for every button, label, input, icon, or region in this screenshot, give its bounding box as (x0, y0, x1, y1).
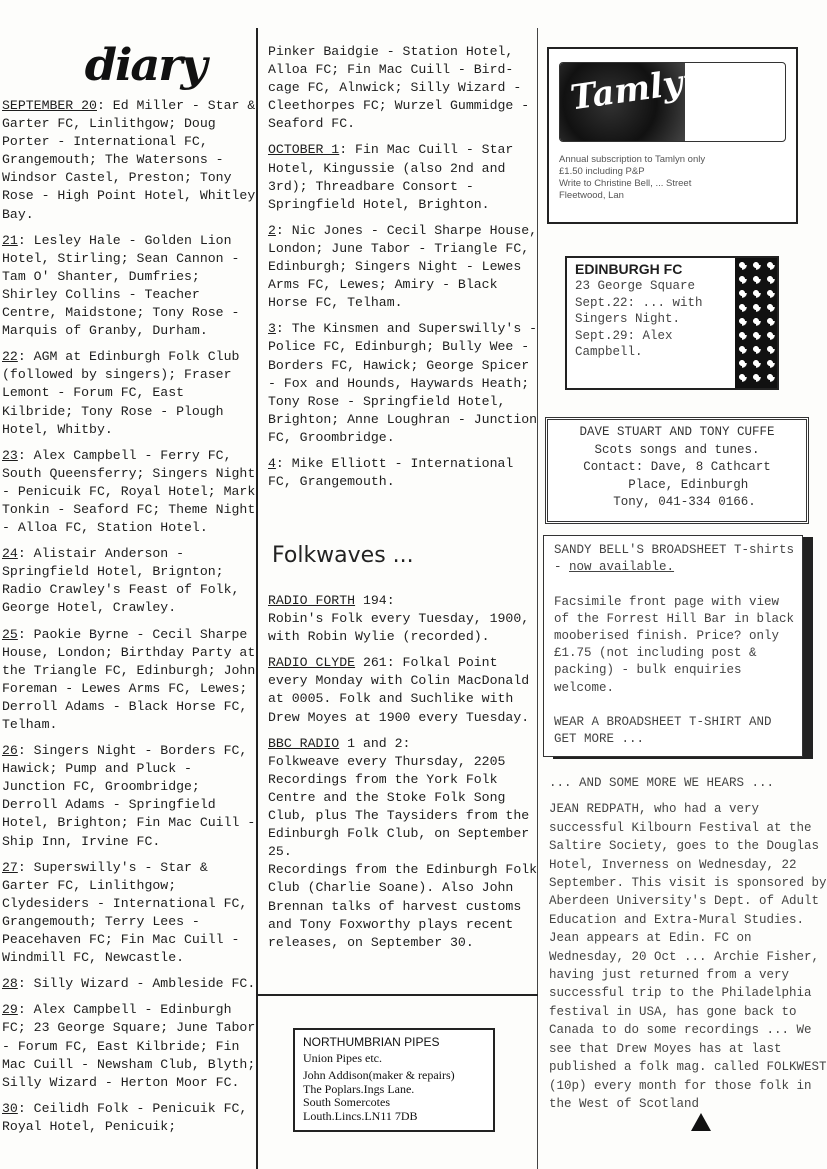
diary-entry: 26: Singers Night - Borders FC, Hawick; … (2, 742, 258, 851)
tamlyn-line: Fleetwood, Lan (559, 190, 787, 202)
entry-text: : Silly Wizard - Ambleside FC. (18, 976, 255, 991)
diary-entry: 24: Alistair Anderson - Springfield Hote… (2, 545, 258, 617)
pipes-line: John Addison(maker & repairs) (303, 1069, 455, 1083)
entry-date: 2 (268, 223, 276, 238)
diary-entry: SEPTEMBER 20: Ed Miller - Star & Garter … (2, 97, 258, 224)
diary-entry: BBC RADIO 1 and 2: Folkweave every Thurs… (268, 735, 540, 952)
entry-date: OCTOBER 1 (268, 142, 339, 157)
entry-date: 24 (2, 546, 18, 561)
diary-left-column: SEPTEMBER 20: Ed Miller - Star & Garter … (2, 97, 258, 1144)
tamlyn-line: Annual subscription to Tamlyn only (559, 154, 787, 166)
diary-entry: 30: Ceilidh Folk - Penicuik FC, Royal Ho… (2, 1100, 258, 1136)
sandy-bells-cta: WEAR A BROADSHEET T-SHIRT AND GET MORE .… (554, 715, 779, 746)
diary-entry: OCTOBER 1: Fin Mac Cuill - Star Hotel, K… (268, 141, 540, 213)
diary-masthead: diary (77, 44, 214, 88)
tamlyn-subscription-text: Annual subscription to Tamlyn only £1.50… (559, 154, 787, 202)
entry-text: Pinker Baidgie - Station Hotel, Alloa FC… (268, 44, 537, 131)
entry-date: BBC RADIO (268, 736, 339, 751)
sandy-bells-tshirt-ad: SANDY BELL'S BROADSHEET T-shirts - now a… (543, 535, 803, 757)
entry-date: 3 (268, 321, 276, 336)
edinburgh-fc-title: EDINBURGH FC (575, 261, 682, 277)
folkwaves-listings: RADIO FORTH 194: Robin's Folk every Tues… (268, 592, 540, 960)
diary-entry: 4: Mike Elliott - International FC, Gran… (268, 455, 540, 491)
entry-date: RADIO CLYDE (268, 655, 355, 670)
entry-text: : The Kinsmen and Superswilly's - Police… (268, 321, 545, 445)
pipes-line: Union Pipes etc. (303, 1052, 455, 1066)
end-triangle-icon (691, 1113, 711, 1131)
pipes-title: NORTHUMBRIAN PIPES (303, 1036, 455, 1050)
tamlyn-line: Write to Christine Bell, ... Street (559, 178, 787, 190)
pipes-line: The Poplars.Ings Lane. (303, 1083, 455, 1097)
entry-text: : Alex Campbell - Ferry FC, South Queens… (2, 448, 263, 535)
folkwaves-heading: Folkwaves ... (272, 543, 414, 568)
entry-text: : Singers Night - Borders FC, Hawick; Pu… (2, 743, 263, 848)
northumbrian-pipes-ad: NORTHUMBRIAN PIPESUnion Pipes etc.John A… (293, 1028, 495, 1132)
tamlyn-logo: Tamlyn (559, 62, 786, 142)
entry-date: 30 (2, 1101, 18, 1116)
diary-middle-column: Pinker Baidgie - Station Hotel, Alloa FC… (268, 43, 540, 499)
entry-date: 21 (2, 233, 18, 248)
diary-entry: 27: Superswilly's - Star & Garter FC, Li… (2, 859, 258, 968)
entry-date: SEPTEMBER 20 (2, 98, 97, 113)
entry-date: 26 (2, 743, 18, 758)
sandy-bells-body: SANDY BELL'S BROADSHEET T-shirts - now a… (554, 542, 799, 748)
diary-entry: RADIO CLYDE 261: Folkal Point every Mond… (268, 654, 540, 726)
dave-stuart-body: DAVE STUART AND TONY CUFFE Scots songs a… (548, 424, 806, 512)
entry-text: : Alistair Anderson - Springfield Hotel,… (2, 546, 247, 615)
entry-text: : Mike Elliott - International FC, Grang… (268, 456, 521, 489)
decorative-pattern-icon (735, 258, 777, 388)
sandy-bells-availability: now available. (569, 560, 674, 574)
entry-date: 22 (2, 349, 18, 364)
tamlyn-ad: Tamlyn Annual subscription to Tamlyn onl… (547, 47, 798, 224)
diary-entry: 23: Alex Campbell - Ferry FC, South Quee… (2, 447, 258, 537)
entry-text: : Ceilidh Folk - Penicuik FC, Royal Hote… (2, 1101, 255, 1134)
edinburgh-fc-body: 23 George Square Sept.22: ... with Singe… (575, 278, 703, 361)
diary-entry: 28: Silly Wizard - Ambleside FC. (2, 975, 258, 993)
diary-entry: 22: AGM at Edinburgh Folk Club (followed… (2, 348, 258, 438)
diary-entry: 2: Nic Jones - Cecil Sharpe House, Londo… (268, 222, 540, 312)
entry-date: 28 (2, 976, 18, 991)
diary-entry: 25: Paokie Byrne - Cecil Sharpe House, L… (2, 626, 258, 735)
diary-entry: RADIO FORTH 194: Robin's Folk every Tues… (268, 592, 540, 646)
edinburgh-fc-ad: EDINBURGH FC 23 George Square Sept.22: .… (565, 256, 779, 390)
northumbrian-pipes-body: NORTHUMBRIAN PIPESUnion Pipes etc.John A… (303, 1036, 455, 1123)
pipes-line: South Somercotes (303, 1096, 455, 1110)
entry-text: : AGM at Edinburgh Folk Club (followed b… (2, 349, 247, 436)
entry-text: : Paokie Byrne - Cecil Sharpe House, Lon… (2, 627, 263, 732)
entry-text: : Alex Campbell - Edinburgh FC; 23 Georg… (2, 1002, 263, 1089)
diary-entry: 3: The Kinsmen and Superswilly's - Polic… (268, 320, 540, 447)
we-hears-text: JEAN REDPATH, who had a very successful … (549, 800, 827, 1113)
sandy-bells-description: Facsimile front page with view of the Fo… (554, 595, 802, 695)
entry-date: 25 (2, 627, 18, 642)
entry-text: 1 and 2: Folkweave every Thursday, 2205 … (268, 736, 545, 950)
pipes-line: Louth.Lincs.LN11 7DB (303, 1110, 455, 1124)
diary-entry: Pinker Baidgie - Station Hotel, Alloa FC… (268, 43, 540, 133)
entry-date: 23 (2, 448, 18, 463)
entry-date: 29 (2, 1002, 18, 1017)
entry-date: 27 (2, 860, 18, 875)
entry-text: : Lesley Hale - Golden Lion Hotel, Stirl… (2, 233, 247, 338)
we-hears-column: ... AND SOME MORE WE HEARS ... JEAN REDP… (549, 774, 827, 1121)
dave-stuart-tony-cuffe-ad: DAVE STUART AND TONY CUFFE Scots songs a… (545, 417, 809, 524)
entry-text: : Ed Miller - Star & Garter FC, Linlithg… (2, 98, 263, 222)
diary-entry: 29: Alex Campbell - Edinburgh FC; 23 Geo… (2, 1001, 258, 1091)
entry-date: 4 (268, 456, 276, 471)
section-divider (256, 994, 538, 996)
we-hears-heading: ... AND SOME MORE WE HEARS ... (549, 774, 827, 792)
tamlyn-line: £1.50 including P&P (559, 166, 787, 178)
entry-text: : Superswilly's - Star & Garter FC, Linl… (2, 860, 255, 965)
diary-entry: 21: Lesley Hale - Golden Lion Hotel, Sti… (2, 232, 258, 341)
entry-text: : Nic Jones - Cecil Sharpe House, London… (268, 223, 545, 310)
entry-date: RADIO FORTH (268, 593, 355, 608)
